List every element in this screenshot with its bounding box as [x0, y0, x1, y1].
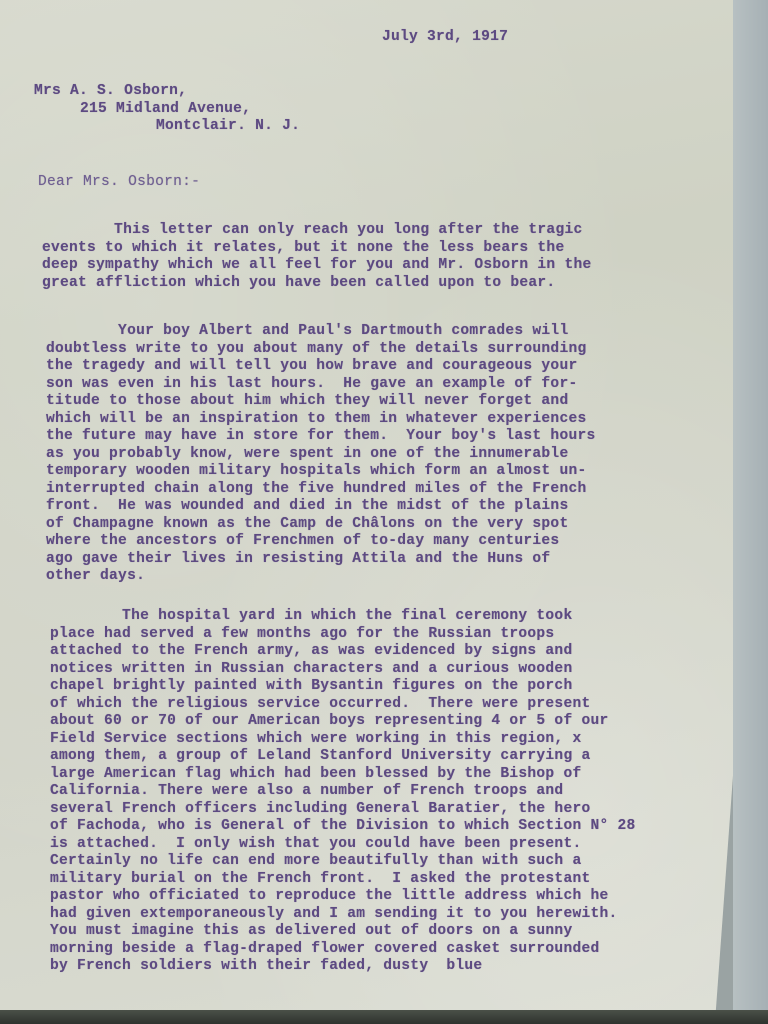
table-edge: [0, 1010, 768, 1024]
text-line: as you probably know, were spent in one …: [46, 445, 595, 463]
text-line: which will be an inspiration to them in …: [46, 410, 595, 428]
text-line: front. He was wounded and died in the mi…: [46, 497, 595, 515]
text-line: Certainly no life can end more beautiful…: [50, 852, 636, 870]
text-line: Field Service sections which were workin…: [50, 730, 636, 748]
text-line: the tragedy and will tell you how brave …: [46, 357, 595, 375]
text-line: had given extemporaneously and I am send…: [50, 905, 636, 923]
text-line: place had served a few months ago for th…: [50, 625, 636, 643]
salutation: Dear Mrs. Osborn:-: [38, 173, 200, 191]
text-line: about 60 or 70 of our American boys repr…: [50, 712, 636, 730]
text-line: attached to the French army, as was evid…: [50, 642, 636, 660]
recipient-street: 215 Midland Avenue,: [80, 100, 251, 118]
text-line: of Champagne known as the Camp de Châlon…: [46, 515, 595, 533]
text-line: notices written in Russian characters an…: [50, 660, 636, 678]
recipient-city: Montclair. N. J.: [156, 117, 300, 135]
text-line: among them, a group of Leland Stanford U…: [50, 747, 636, 765]
text-line: interrupted chain along the five hundred…: [46, 480, 595, 498]
text-line: doubtless write to you about many of the…: [46, 340, 595, 358]
text-line: titude to those about him which they wil…: [46, 392, 595, 410]
letter-page: July 3rd, 1917 Mrs A. S. Osborn, 215 Mid…: [0, 0, 738, 1010]
paragraph-2: Your boy Albert and Paul's Dartmouth com…: [46, 322, 595, 585]
text-line: large American flag which had been bless…: [50, 765, 636, 783]
text-line: pastor who officiated to reproduce the l…: [50, 887, 636, 905]
text-line: Your boy Albert and Paul's Dartmouth com…: [46, 322, 595, 340]
text-line: of Fachoda, who is General of the Divisi…: [50, 817, 636, 835]
text-line: You must imagine this as delivered out o…: [50, 922, 636, 940]
text-line: chapel brightly painted with Bysantin fi…: [50, 677, 636, 695]
text-line: temporary wooden military hospitals whic…: [46, 462, 595, 480]
text-line: where the ancestors of Frenchmen of to-d…: [46, 532, 595, 550]
text-line: California. There were also a number of …: [50, 782, 636, 800]
recipient-name: Mrs A. S. Osborn,: [34, 82, 187, 100]
text-line: son was even in his last hours. He gave …: [46, 375, 595, 393]
text-line: great affliction which you have been cal…: [42, 274, 591, 292]
text-line: events to which it relates, but it none …: [42, 239, 591, 257]
text-line: This letter can only reach you long afte…: [42, 221, 591, 239]
text-line: several French officers including Genera…: [50, 800, 636, 818]
text-line: military burial on the French front. I a…: [50, 870, 636, 888]
paragraph-1: This letter can only reach you long afte…: [42, 221, 591, 291]
paragraph-3: The hospital yard in which the final cer…: [50, 607, 636, 975]
text-line: the future may have in store for them. Y…: [46, 427, 595, 445]
text-line: ago gave their lives in resisting Attila…: [46, 550, 595, 568]
text-line: The hospital yard in which the final cer…: [50, 607, 636, 625]
binder-edge: [733, 0, 768, 1024]
text-line: of which the religious service occurred.…: [50, 695, 636, 713]
text-line: is attached. I only wish that you could …: [50, 835, 636, 853]
text-line: other days.: [46, 567, 595, 585]
letter-date: July 3rd, 1917: [382, 28, 508, 46]
text-line: deep sympathy which we all feel for you …: [42, 256, 591, 274]
text-line: by French soldiers with their faded, dus…: [50, 957, 636, 975]
text-line: morning beside a flag-draped flower cove…: [50, 940, 636, 958]
